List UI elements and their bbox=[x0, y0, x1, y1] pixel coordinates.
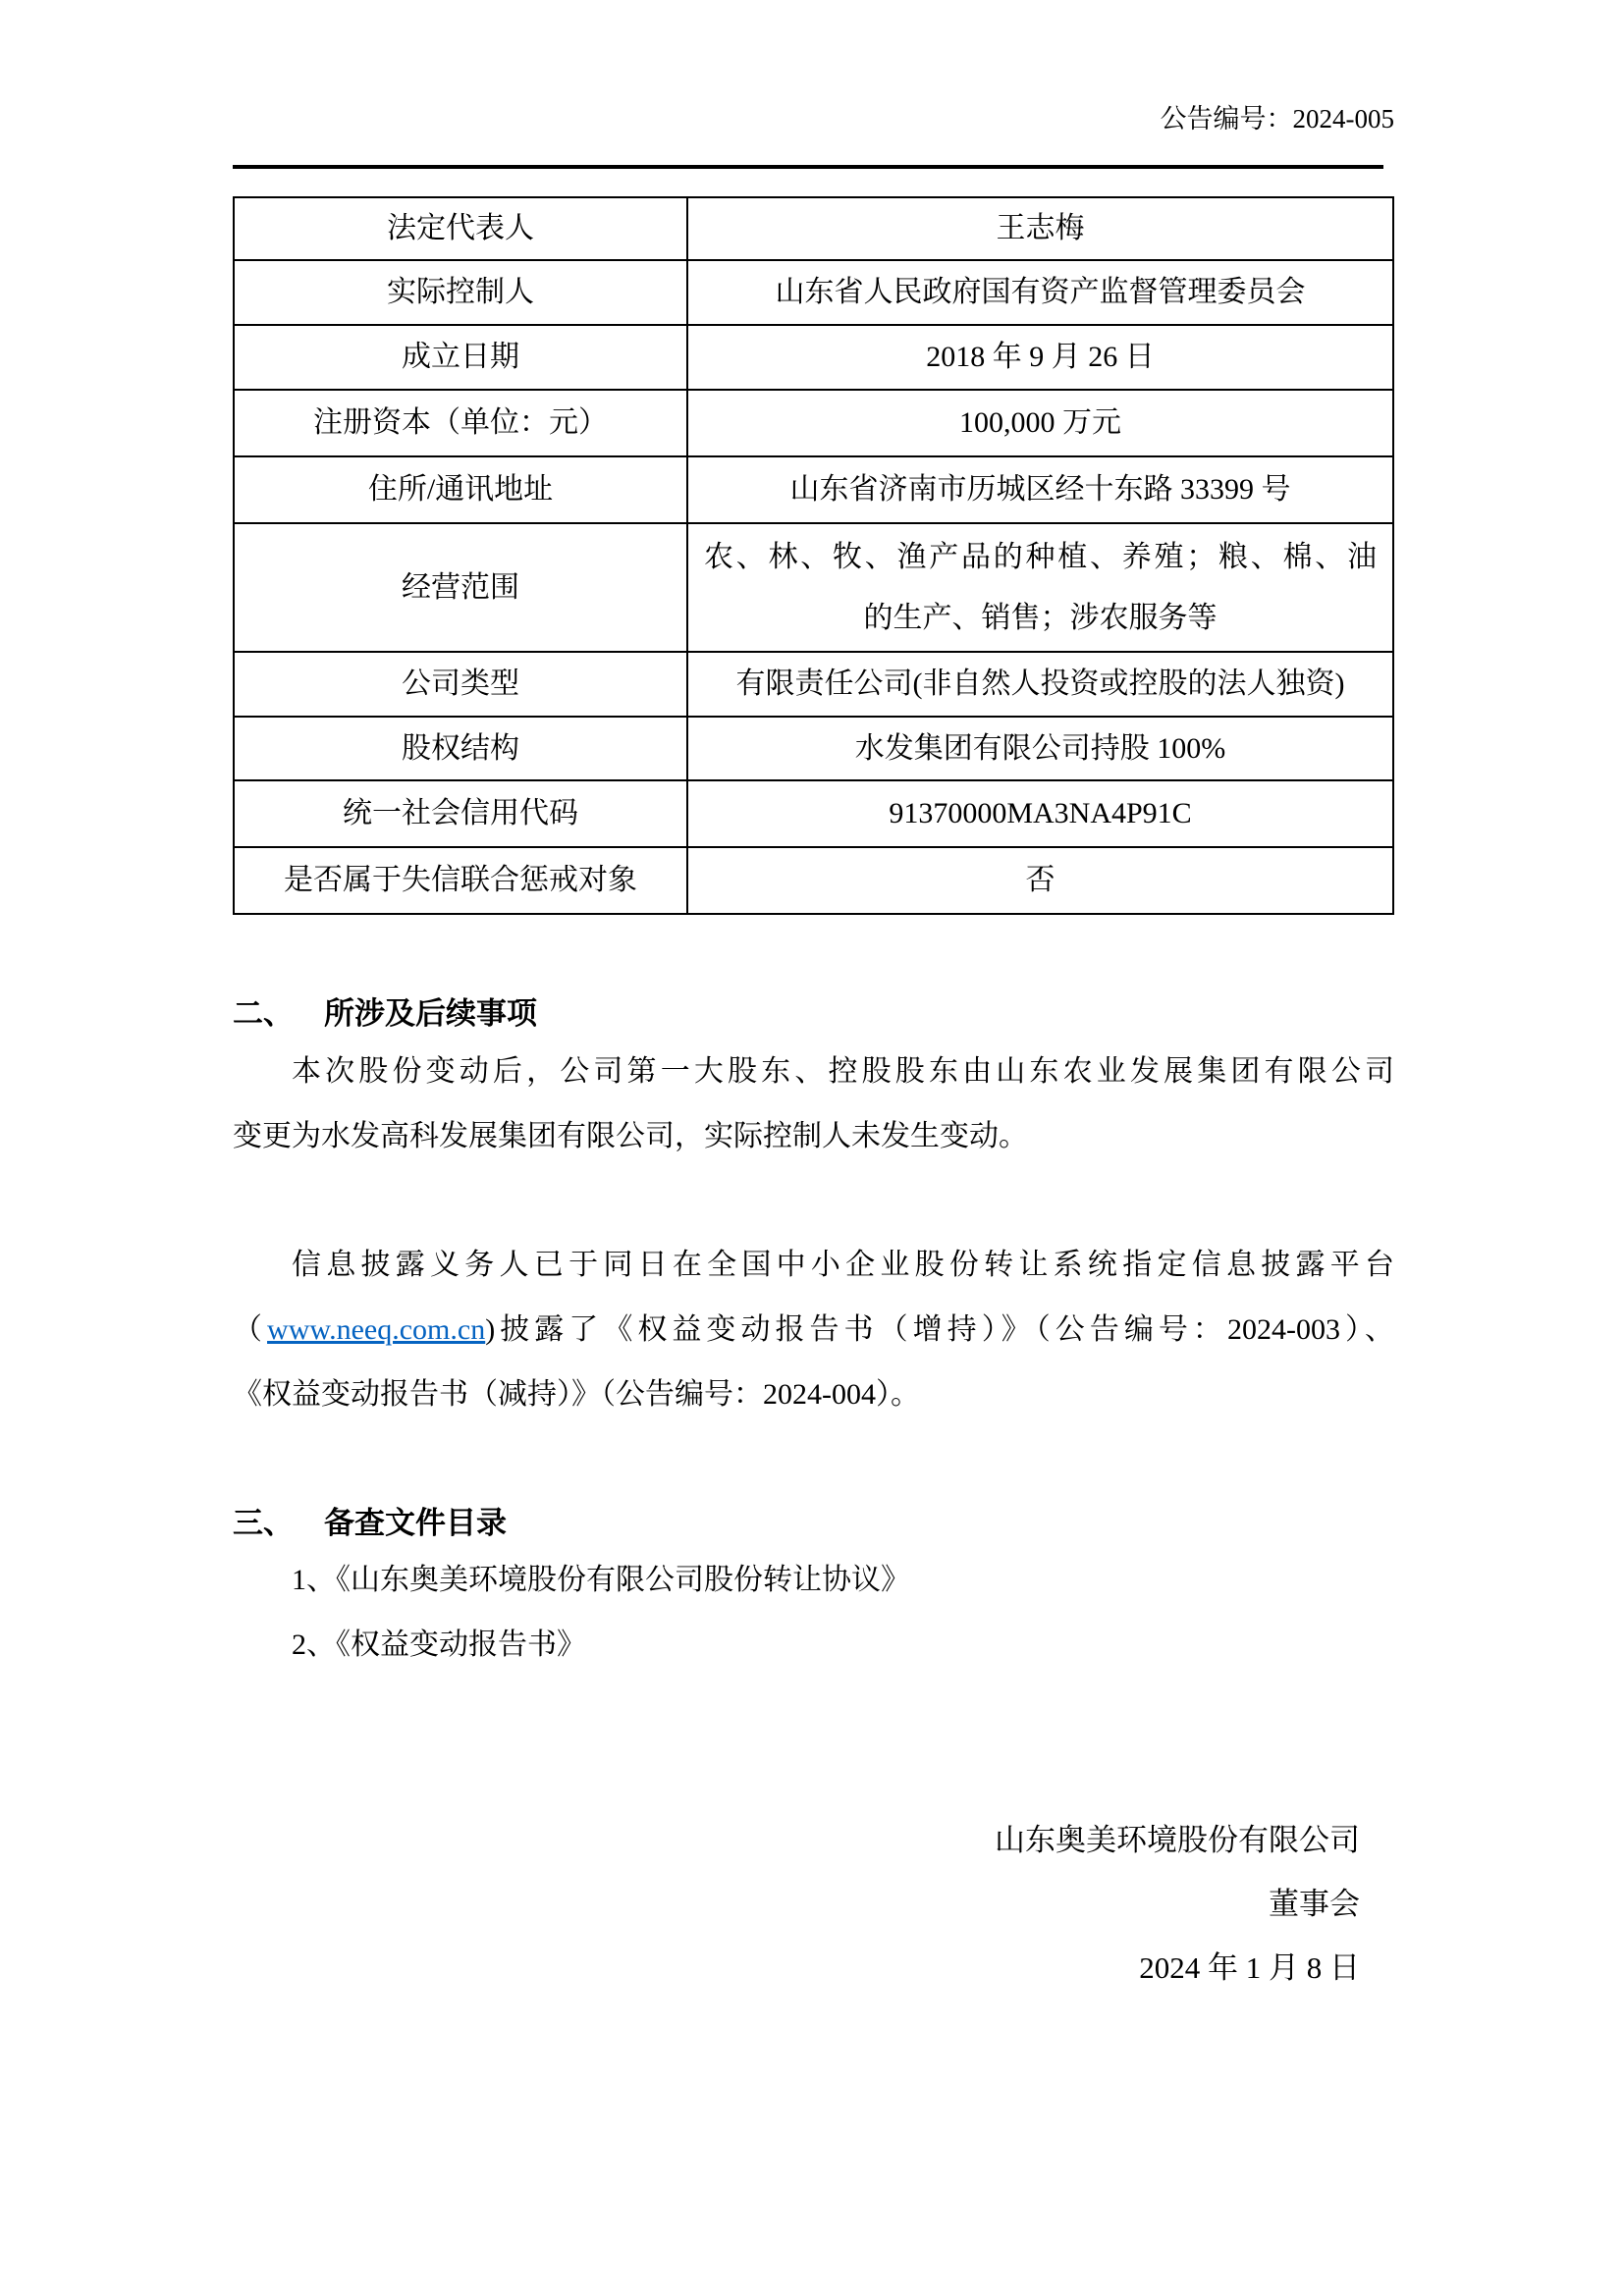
row-value: 山东省人民政府国有资产监督管理委员会 bbox=[687, 260, 1393, 325]
row-label: 统一社会信用代码 bbox=[234, 780, 687, 847]
section-2-number: 二、 bbox=[233, 993, 294, 1035]
table-row: 统一社会信用代码 91370000MA3NA4P91C bbox=[234, 780, 1393, 847]
link-prefix: （ bbox=[233, 1313, 267, 1346]
announcement-number: 公告编号：2024-005 bbox=[233, 0, 1394, 137]
neeq-website-link[interactable]: www.neeq.com.cn bbox=[267, 1313, 485, 1346]
table-row: 是否属于失信联合惩戒对象 否 bbox=[234, 847, 1393, 914]
row-label: 股权结构 bbox=[234, 717, 687, 780]
share-change-paragraph: 本次股份变动后，公司第一大股东、控股股东由山东农业发展集团有限公司 变更为水发高… bbox=[233, 1040, 1394, 1169]
row-value: 2018 年 9 月 26 日 bbox=[687, 325, 1393, 390]
row-value: 否 bbox=[687, 847, 1393, 914]
business-scope-line1: 农、林、牧、渔产品的种植、养殖；粮、棉、油 bbox=[692, 538, 1388, 577]
signature-company: 山东奥美环境股份有限公司 bbox=[233, 1808, 1360, 1872]
row-label: 住所/通讯地址 bbox=[234, 456, 687, 523]
table-row: 住所/通讯地址 山东省济南市历城区经十东路 33399 号 bbox=[234, 456, 1393, 523]
table-row: 成立日期 2018 年 9 月 26 日 bbox=[234, 325, 1393, 390]
row-value: 有限责任公司(非自然人投资或控股的法人独资) bbox=[687, 652, 1393, 717]
row-label: 成立日期 bbox=[234, 325, 687, 390]
section-3-heading: 三、 备查文件目录 bbox=[233, 1503, 1394, 1544]
row-value: 王志梅 bbox=[687, 197, 1393, 260]
business-scope-line2: 的生产、销售；涉农服务等 bbox=[692, 599, 1388, 638]
table-row: 公司类型 有限责任公司(非自然人投资或控股的法人独资) bbox=[234, 652, 1393, 717]
paragraph-line: 《权益变动报告书（减持）》（公告编号：2024-004）。 bbox=[233, 1362, 1394, 1427]
row-label: 法定代表人 bbox=[234, 197, 687, 260]
table-row: 法定代表人 王志梅 bbox=[234, 197, 1393, 260]
link-suffix: )披露了《权益变动报告书（增持）》（公告编号：2024-003）、 bbox=[485, 1313, 1394, 1346]
document-list-item: 1、《山东奥美环境股份有限公司股份转让协议》 bbox=[233, 1548, 1394, 1613]
paragraph-line: 本次股份变动后，公司第一大股东、控股股东由山东农业发展集团有限公司 bbox=[233, 1040, 1394, 1104]
header-rule bbox=[233, 165, 1383, 169]
row-label: 经营范围 bbox=[234, 523, 687, 652]
row-value: 农、林、牧、渔产品的种植、养殖；粮、棉、油 的生产、销售；涉农服务等 bbox=[687, 523, 1393, 652]
row-label: 公司类型 bbox=[234, 652, 687, 717]
company-info-table: 法定代表人 王志梅 实际控制人 山东省人民政府国有资产监督管理委员会 成立日期 … bbox=[233, 196, 1394, 915]
row-value: 100,000 万元 bbox=[687, 390, 1393, 456]
reference-document-list: 1、《山东奥美环境股份有限公司股份转让协议》 2、《权益变动报告书》 bbox=[233, 1548, 1394, 1678]
disclosure-paragraph: 信息披露义务人已于同日在全国中小企业股份转让系统指定信息披露平台 （www.ne… bbox=[233, 1233, 1394, 1427]
paragraph-line: 变更为水发高科发展集团有限公司，实际控制人未发生变动。 bbox=[233, 1104, 1394, 1169]
row-label: 实际控制人 bbox=[234, 260, 687, 325]
row-value: 水发集团有限公司持股 100% bbox=[687, 717, 1393, 780]
table-row: 股权结构 水发集团有限公司持股 100% bbox=[234, 717, 1393, 780]
section-3-title: 备查文件目录 bbox=[324, 1503, 507, 1544]
row-value: 91370000MA3NA4P91C bbox=[687, 780, 1393, 847]
table-row: 注册资本（单位：元） 100,000 万元 bbox=[234, 390, 1393, 456]
document-page: 公告编号：2024-005 法定代表人 王志梅 实际控制人 山东省人民政府国有资… bbox=[0, 0, 1624, 2296]
row-label: 是否属于失信联合惩戒对象 bbox=[234, 847, 687, 914]
section-3-number: 三、 bbox=[233, 1503, 294, 1544]
signature-date: 2024 年 1 月 8 日 bbox=[233, 1936, 1360, 2000]
signature-board: 董事会 bbox=[233, 1872, 1360, 1936]
table-row: 经营范围 农、林、牧、渔产品的种植、养殖；粮、棉、油 的生产、销售；涉农服务等 bbox=[234, 523, 1393, 652]
document-list-item: 2、《权益变动报告书》 bbox=[233, 1613, 1394, 1678]
row-value: 山东省济南市历城区经十东路 33399 号 bbox=[687, 456, 1393, 523]
row-label: 注册资本（单位：元） bbox=[234, 390, 687, 456]
paragraph-line: 信息披露义务人已于同日在全国中小企业股份转让系统指定信息披露平台 bbox=[233, 1233, 1394, 1298]
paragraph-line: （www.neeq.com.cn)披露了《权益变动报告书（增持）》（公告编号：2… bbox=[233, 1298, 1394, 1362]
section-2-title: 所涉及后续事项 bbox=[324, 993, 537, 1035]
signature-block: 山东奥美环境股份有限公司 董事会 2024 年 1 月 8 日 bbox=[233, 1808, 1394, 2000]
section-2-heading: 二、 所涉及后续事项 bbox=[233, 993, 1394, 1035]
table-row: 实际控制人 山东省人民政府国有资产监督管理委员会 bbox=[234, 260, 1393, 325]
